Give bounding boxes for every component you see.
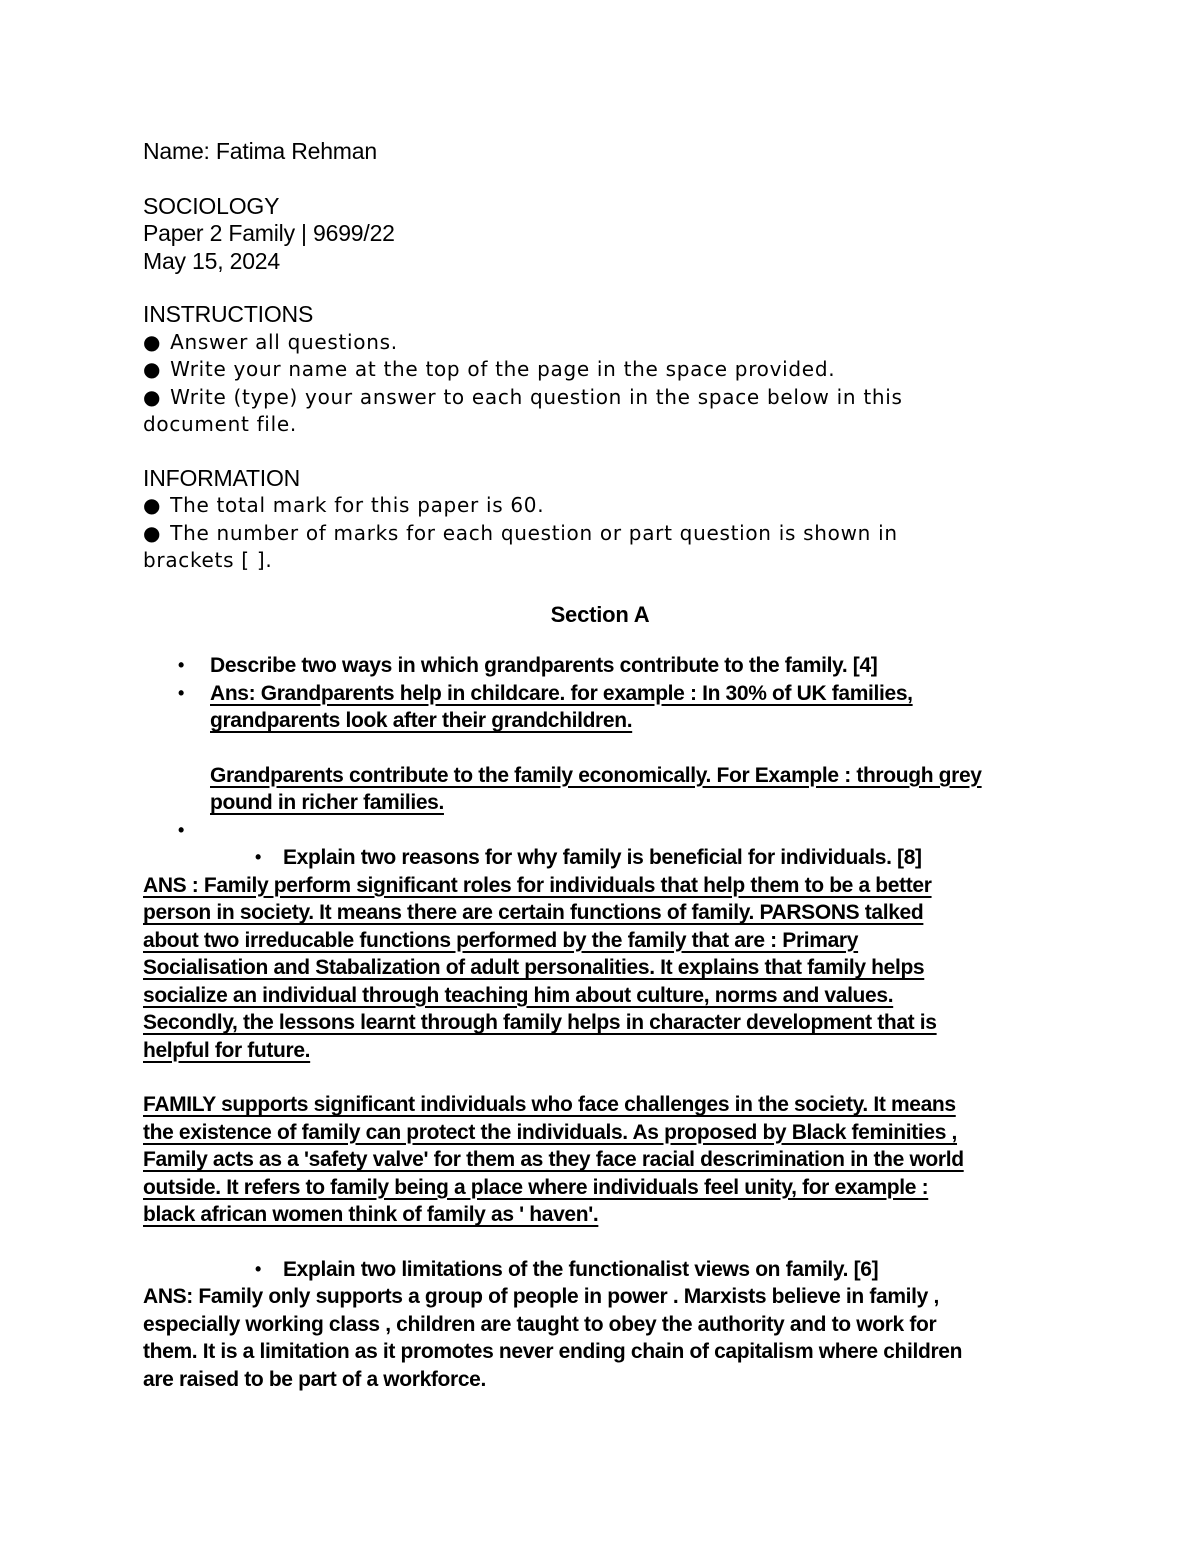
answer-2-part-2: FAMILY supports significant individuals … (143, 1091, 1057, 1229)
question-1-item: • Describe two ways in which grandparent… (143, 652, 1057, 680)
answer-2-part-1: ANS : Family perform significant roles f… (143, 872, 1057, 1065)
instruction-item-text: Answer all questions. (170, 330, 398, 354)
question-2-text: Explain two reasons for why family is be… (283, 844, 1057, 872)
information-item: ●The number of marks for each question o… (143, 520, 1057, 575)
instruction-item-text: Write your name at the top of the page i… (170, 357, 835, 381)
bullet-icon: • (178, 817, 184, 845)
instruction-item: ●Write your name at the top of the page … (143, 356, 1057, 384)
information-heading: INFORMATION (143, 465, 1057, 493)
paper-title: Paper 2 Family | 9699/22 (143, 220, 1057, 248)
instruction-item: ●Answer all questions. (143, 329, 1057, 357)
student-name: Name: Fatima Rehman (143, 138, 1057, 166)
question-3-text: Explain two limitations of the functiona… (283, 1256, 1057, 1284)
instruction-item-text: Write (type) your answer to each questio… (143, 385, 903, 437)
answer-1-item: • Ans: Grandparents help in childcare. f… (143, 680, 1057, 817)
bullet-icon: • (255, 1256, 261, 1284)
section-a-title: Section A (143, 601, 1057, 629)
bullet-icon: • (178, 652, 184, 680)
question-2-item: • Explain two reasons for why family is … (143, 844, 1057, 872)
answer-1-content: Ans: Grandparents help in childcare. for… (210, 680, 1057, 817)
answer-1-part-1: Ans: Grandparents help in childcare. for… (210, 680, 1057, 735)
information-item: ●The total mark for this paper is 60. (143, 492, 1057, 520)
information-item-text: The number of marks for each question or… (143, 521, 898, 573)
bullet-icon: ● (143, 330, 161, 354)
bullet-icon: ● (143, 521, 161, 545)
instruction-item: ●Write (type) your answer to each questi… (143, 384, 1057, 439)
bullet-icon: ● (143, 385, 161, 409)
bullet-icon: ● (143, 493, 161, 517)
question-1-text: Describe two ways in which grandparents … (210, 652, 1057, 680)
bullet-icon: • (255, 844, 261, 872)
information-item-text: The total mark for this paper is 60. (170, 493, 544, 517)
question-3-item: • Explain two limitations of the functio… (143, 1256, 1057, 1284)
answer-3-text: ANS: Family only supports a group of peo… (143, 1283, 1057, 1393)
document-page: Name: Fatima Rehman SOCIOLOGY Paper 2 Fa… (0, 0, 1200, 1553)
subject-title: SOCIOLOGY (143, 193, 1057, 221)
exam-date: May 15, 2024 (143, 248, 1057, 276)
bullet-icon: • (178, 680, 184, 708)
instructions-heading: INSTRUCTIONS (143, 301, 1057, 329)
answer-1-part-2: Grandparents contribute to the family ec… (210, 762, 1057, 817)
empty-bullet-item: • (143, 817, 1057, 845)
bullet-icon: ● (143, 357, 161, 381)
